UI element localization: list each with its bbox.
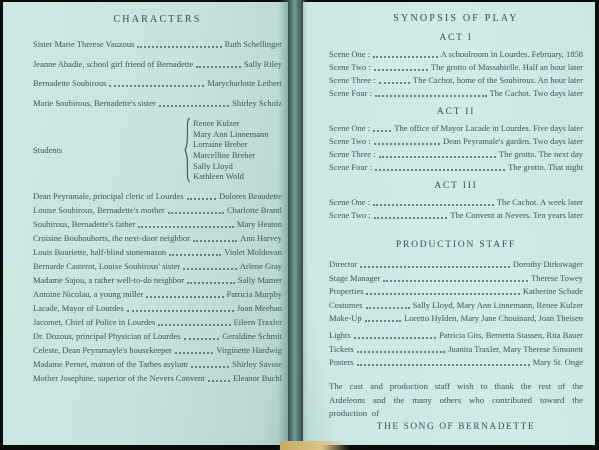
cast-row: Jacomet, Chief of Police in Lourdes Eile… [33, 317, 282, 327]
cast-list-top: Sister Marie Therese Vauzous Ruth Schell… [33, 39, 282, 108]
dot-leader [196, 66, 241, 68]
students-names: Renee Kulzer Mary Ann Linnemann Lorraine… [193, 118, 269, 182]
scene-row: Scene Four : The grotto. That night [329, 162, 583, 172]
cast-actor: Ann Harvey [240, 233, 282, 243]
cast-row: Madame Pernet, matron of the Tarbes asyl… [33, 359, 282, 369]
staff-row: Costumes Sally Lloyd, Mary Ann Linnemann… [329, 300, 583, 310]
student-name: Mary Ann Linnemann [193, 129, 269, 140]
dot-leader [374, 143, 440, 145]
cast-row: Jeanne Abadie, school girl friend of Ber… [33, 59, 282, 69]
student-name: Lorraine Breher [193, 139, 269, 150]
cast-actor: Marycharlotte Lethert [207, 78, 282, 88]
scene-row: Scene Four : The Cachot. Two days later [329, 88, 583, 98]
cast-row: Lacade, Mayor of Lourdes Joan Meehan [33, 303, 282, 313]
act-3-scenes: Scene One : The Cachot. A week later Sce… [329, 197, 583, 220]
cast-role: Madame Pernet, matron of the Tarbes asyl… [33, 359, 188, 369]
cast-actor: Charlotte Brantl [227, 205, 282, 215]
cast-actor: Shirley Scholz [232, 98, 282, 108]
staff-names: Dorothy Dirkswager [513, 259, 583, 269]
scene-desc: The grotto. That night [508, 162, 583, 172]
dot-leader [375, 169, 505, 171]
scene-label: Scene Four : [329, 162, 372, 172]
staff-names: Patricia Gits, Bernetta Stassen, Rita Ba… [439, 330, 583, 340]
cast-role: Bernadette Soubirous [33, 78, 106, 88]
dot-leader [375, 95, 487, 97]
staff-role: Costumes [329, 300, 363, 310]
cast-row: Louise Soubirous, Bernadette's mother Ch… [33, 205, 282, 215]
cast-role: Louise Soubirous, Bernadette's mother [33, 205, 165, 215]
dot-leader [175, 352, 213, 354]
cast-role: Dean Peyramale, principal cleric of Lour… [33, 191, 184, 201]
student-name: Marcelline Breher [193, 150, 269, 161]
program-scan: CHARACTERS Sister Marie Therese Vauzous … [0, 0, 599, 450]
cast-role: Bernarde Casterot, Louise Soubirous' sis… [33, 261, 180, 271]
dot-leader [159, 105, 229, 107]
students-label: Students [33, 145, 183, 155]
staff-role: Tickets [329, 344, 354, 354]
dot-leader [374, 69, 428, 71]
show-title: THE SONG OF BERNADETTE [329, 422, 583, 432]
cast-role: Mother Josephine, superior of the Nevers… [33, 373, 205, 383]
student-name: Renee Kulzer [193, 118, 269, 129]
synopsis-title: SYNOPSIS OF PLAY [329, 13, 583, 24]
cast-actor: Arlene Gray [240, 261, 282, 271]
staff-role: Properties [329, 286, 363, 296]
act-2-scenes: Scene One : The office of Mayor Lacade i… [329, 123, 583, 172]
staff-names: Therese Towey [531, 273, 583, 283]
cast-role: Jacomet, Chief of Police in Lourdes [33, 317, 155, 327]
cast-role: Soubirous, Bernadette's father [33, 219, 135, 229]
scene-label: Scene One : [329, 123, 370, 133]
staff-row: Posters Mary St. Onge [329, 357, 583, 367]
cast-actor: Shirley Savoie [232, 359, 282, 369]
cast-row: Louis Bouriette, half-blind stonemason V… [33, 247, 282, 257]
students-group: Students Renee Kulzer Mary Ann Linnemann… [33, 117, 282, 183]
dot-leader [357, 364, 530, 366]
scene-label: Scene Two : [329, 62, 371, 72]
cast-list-bottom: Dean Peyramale, principal cleric of Lour… [33, 191, 282, 383]
cast-row: Bernadette Soubirous Marycharlotte Lethe… [33, 78, 282, 88]
synopsis-page: SYNOPSIS OF PLAY ACT I Scene One : A sch… [303, 2, 595, 445]
cast-row: Mother Josephine, superior of the Nevers… [33, 373, 282, 383]
staff-row: Stage Manager Therese Towey [329, 273, 583, 283]
dot-leader [184, 338, 220, 340]
scene-row: Scene Three : The Cachot, home of the So… [329, 75, 583, 85]
staff-row: Make-Up Loretto Hylden, Mary Jane Chouin… [329, 313, 583, 323]
cast-role: Lacade, Mayor of Lourdes [33, 303, 124, 313]
act-1-scenes: Scene One : A schoolroom in Lourdes. Feb… [329, 49, 583, 98]
cast-role: Celeste, Dean Peyramayle's housekeeper [33, 345, 172, 355]
scene-desc: The Cachot. Two days later [490, 88, 583, 98]
scene-row: Scene Two : Dean Peyramale's garden. Two… [329, 136, 583, 146]
characters-title: CHARACTERS [33, 14, 282, 25]
student-name: Kathleen Wold [193, 171, 269, 182]
cast-row: Antoine Nicolau, a young miller Patricia… [33, 289, 282, 299]
cast-row: Croisine Bouhouhorts, the next-door neig… [33, 233, 282, 243]
act-heading: ACT III [329, 181, 583, 191]
scene-label: Scene Two : [329, 136, 371, 146]
staff-row: Tickets Juanita Traxler, Mary Therese Si… [329, 344, 583, 354]
staff-row: Director Dorothy Dirkswager [329, 259, 583, 269]
scene-desc: The Cachot, home of the Soubirous. An ho… [413, 75, 583, 85]
dot-leader [354, 337, 437, 339]
staff-role: Lights [329, 330, 351, 340]
dot-leader [158, 324, 230, 326]
scene-desc: The Cachot. A week later [497, 197, 583, 207]
cast-role: Jeanne Abadie, school girl friend of Ber… [33, 59, 193, 69]
cast-actor: Geraldine Schmit [222, 331, 282, 341]
cast-role: Antoine Nicolau, a young miller [33, 289, 143, 299]
dot-leader [109, 85, 204, 87]
staff-role: Posters [329, 357, 354, 367]
student-name: Sally Lloyd [193, 161, 269, 172]
cast-row: Bernarde Casterot, Louise Soubirous' sis… [33, 261, 282, 271]
dot-leader [187, 282, 235, 284]
cast-role: Madame Sajou, a rather well-to-do neighb… [33, 275, 184, 285]
dot-leader [138, 226, 234, 228]
closing-paragraph: The cast and production staff wish to th… [329, 380, 583, 421]
scene-desc: The Convent at Nevers. Ten years later [450, 210, 583, 220]
cast-row: Dr. Dozous, principal Physician of Lourd… [33, 331, 282, 341]
scene-desc: The office of Mayor Lacade in Lourdes. F… [394, 123, 583, 133]
staff-names: Juanita Traxler, Mary Therese Simonett [448, 344, 583, 354]
scene-label: Scene Two : [329, 210, 371, 220]
dot-leader [379, 156, 496, 158]
scene-desc: The grotto. The next day [499, 149, 583, 159]
cast-actor: Eleanor Buchl [233, 373, 282, 383]
cast-actor: Mary Heaton [237, 219, 282, 229]
cast-role: Dr. Dozous, principal Physician of Lourd… [33, 331, 181, 341]
scene-desc: A schoolroom in Lourdes. February, 1858 [441, 49, 583, 59]
dot-leader [208, 380, 231, 382]
dot-leader [373, 56, 438, 58]
scene-row: Scene One : The office of Mayor Lacade i… [329, 123, 583, 133]
scene-label: Scene Four : [329, 88, 372, 98]
scene-row: Scene Two : The grotto of Massabielle. H… [329, 62, 583, 72]
dot-leader [365, 320, 402, 322]
characters-page: CHARACTERS Sister Marie Therese Vauzous … [3, 2, 288, 445]
scene-row: Scene Three : The grotto. The next day [329, 149, 583, 159]
staff-row: Lights Patricia Gits, Bernetta Stassen, … [329, 330, 583, 340]
dot-leader [373, 204, 494, 206]
dot-leader [183, 268, 237, 270]
staff-names: Sally Lloyd, Mary Ann Linnemann, Renee K… [413, 300, 583, 310]
staff-row: Properties Katherine Schade [329, 286, 583, 296]
dot-leader [187, 198, 216, 200]
scene-label: Scene Three : [329, 149, 376, 159]
staff-names: Mary St. Onge [533, 357, 583, 367]
production-staff-heading: PRODUCTION STAFF [329, 240, 583, 250]
students-brace-icon [183, 117, 191, 183]
production-staff-list: Director Dorothy Dirkswager Stage Manage… [329, 259, 583, 367]
cast-actor: Dolores Beaudette [219, 191, 282, 201]
dot-leader [169, 254, 221, 256]
act-heading: ACT II [329, 107, 583, 117]
cast-role: Croisine Bouhouhorts, the next-door neig… [33, 233, 190, 243]
cast-row: Madame Sajou, a rather well-to-do neighb… [33, 275, 282, 285]
scene-label: Scene Three : [329, 75, 376, 85]
cast-actor: Sally Riley [244, 59, 282, 69]
dot-leader [383, 280, 528, 282]
scene-row: Scene One : The Cachot. A week later [329, 197, 583, 207]
scene-row: Scene Two : The Convent at Nevers. Ten y… [329, 210, 583, 220]
cast-row: Celeste, Dean Peyramayle's housekeeper V… [33, 345, 282, 355]
cast-row: Marie Soubirous, Bernadette's sister Shi… [33, 98, 282, 108]
cast-actor: Violet Moldovan [224, 247, 282, 257]
scene-desc: Dean Peyramale's garden. Two days later [443, 136, 583, 146]
dot-leader [379, 82, 410, 84]
scene-label: Scene One : [329, 197, 370, 207]
scene-label: Scene One : [329, 49, 370, 59]
cast-actor: Eileen Traxler [234, 317, 282, 327]
dot-leader [191, 366, 229, 368]
cast-row: Soubirous, Bernadette's father Mary Heat… [33, 219, 282, 229]
cast-role: Sister Marie Therese Vauzous [33, 39, 134, 49]
staff-names: Katherine Schade [523, 286, 583, 296]
dot-leader [366, 293, 519, 295]
page-gutter-shadow [278, 0, 308, 450]
cast-actor: Virginette Hardwig [216, 345, 282, 355]
cast-actor: Patricia Murphy [227, 289, 282, 299]
cover-edge [280, 441, 350, 450]
dot-leader [373, 130, 391, 132]
dot-leader [374, 217, 448, 219]
dot-leader [137, 46, 221, 48]
staff-role: Director [329, 259, 357, 269]
staff-names: Loretto Hylden, Mary Jane Chouinard, Joa… [404, 313, 583, 323]
staff-role: Stage Manager [329, 273, 380, 283]
dot-leader [146, 296, 223, 298]
dot-leader [193, 240, 237, 242]
cast-row: Sister Marie Therese Vauzous Ruth Schell… [33, 39, 282, 49]
dot-leader [127, 310, 234, 312]
dot-leader [360, 266, 510, 268]
scene-desc: The grotto of Massabielle. Half an hour … [431, 62, 583, 72]
scene-row: Scene One : A schoolroom in Lourdes. Feb… [329, 49, 583, 59]
act-heading: ACT I [329, 33, 583, 43]
cast-actor: Ruth Schellinger [225, 39, 282, 49]
staff-role: Make-Up [329, 313, 362, 323]
cast-role: Louis Bouriette, half-blind stonemason [33, 247, 166, 257]
cast-row: Dean Peyramale, principal cleric of Lour… [33, 191, 282, 201]
dot-leader [366, 307, 410, 309]
dot-leader [357, 351, 445, 353]
cast-actor: Sally Mamer [238, 275, 282, 285]
cast-actor: Joan Meehan [237, 303, 282, 313]
cast-role: Marie Soubirous, Bernadette's sister [33, 98, 156, 108]
dot-leader [168, 212, 224, 214]
